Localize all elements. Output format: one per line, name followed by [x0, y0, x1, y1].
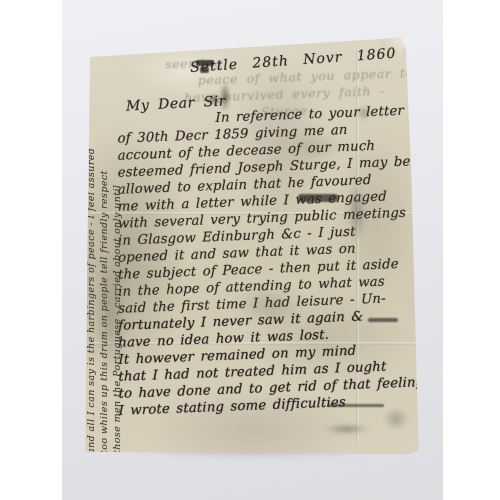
margin-line: those men the Portuguese - carried about…: [112, 50, 124, 454]
margin-cross-writing: and all I can say is the harbingers of p…: [86, 50, 126, 454]
photo-area: seemingpeace of what you appear tohave s…: [62, 0, 443, 500]
margin-line: too whiles up this drum on people tell f…: [99, 50, 111, 454]
photo-backdrop: seemingpeace of what you appear tohave s…: [0, 0, 500, 500]
letter-body: In reference to your letterof 30th Decr …: [118, 102, 419, 420]
ink-smudge: [384, 408, 408, 430]
letter-paper: seemingpeace of what you appear tohave s…: [84, 36, 422, 456]
ink-smudge: [324, 424, 370, 434]
margin-line: and all I can say is the harbingers of p…: [86, 50, 98, 454]
